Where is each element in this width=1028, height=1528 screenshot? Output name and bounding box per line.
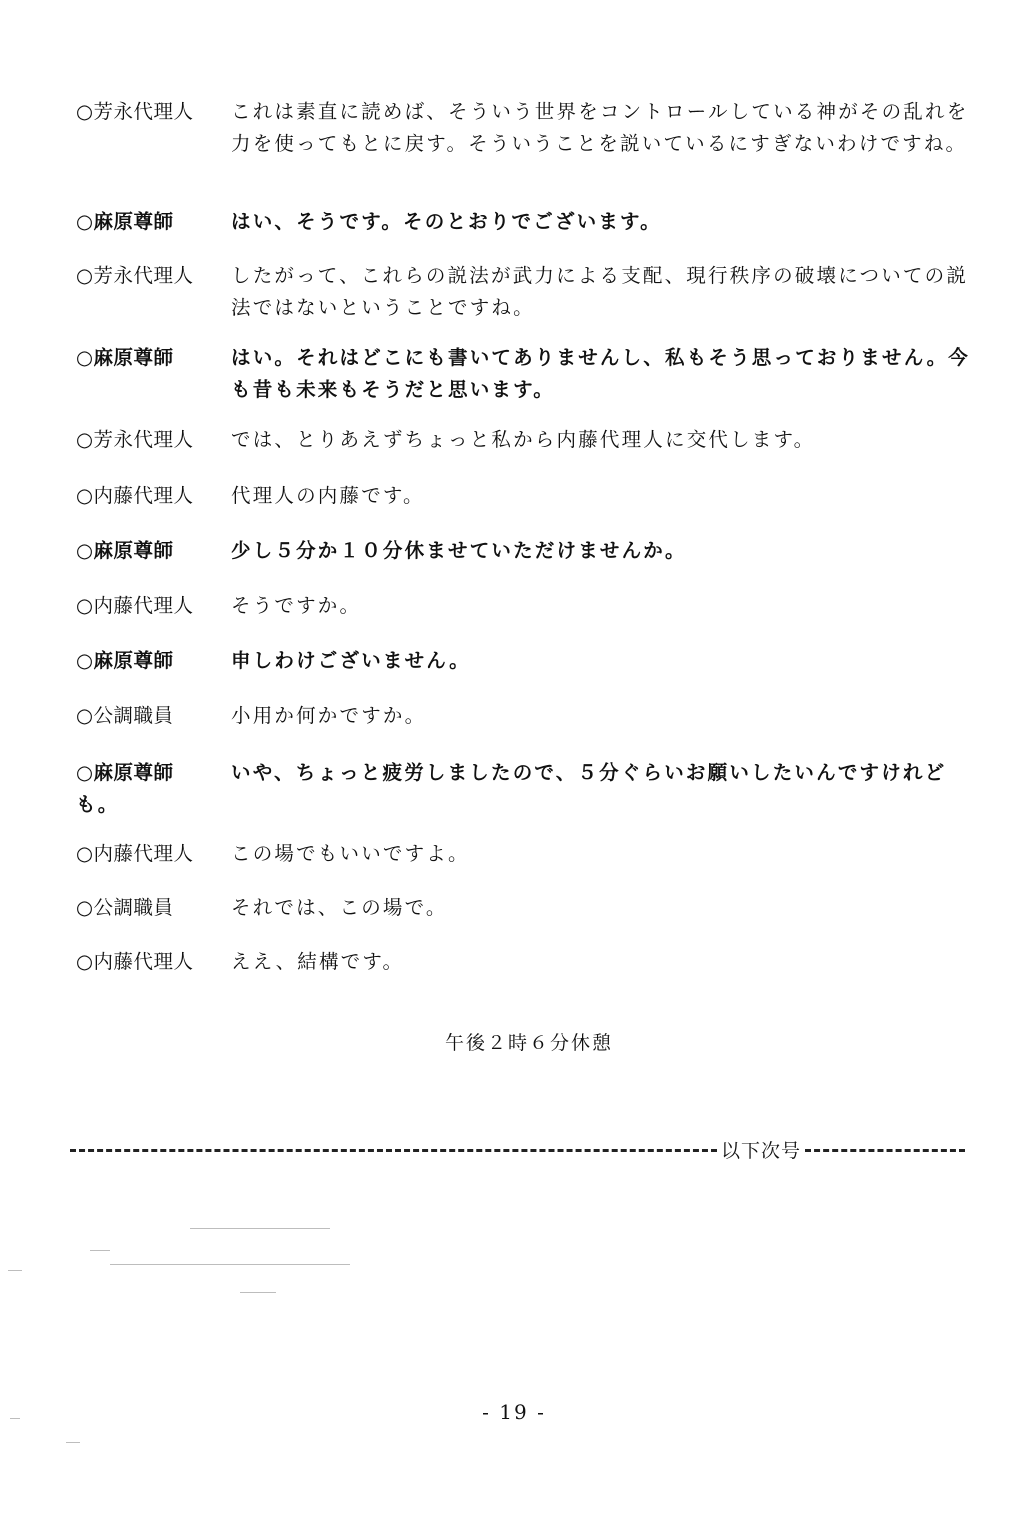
speech-text: 代理人の内藤です。 [231,480,986,512]
scan-artifact [110,1264,350,1265]
speech-text: いや、ちょっと疲労しましたので、５分ぐらいお願いしたいんですけれども。 [76,757,986,821]
scan-artifact [10,1418,20,1419]
speech-text: これは素直に読めば、そういう世界をコントロールしている神がその乱れを力を使っても… [231,96,986,160]
speaker-label: ○麻原尊師 [76,645,174,677]
speaker-label: ○公調職員 [76,892,174,924]
speech-text: 小用か何かですか。 [231,700,986,732]
speaker-label: ○麻原尊師 [76,342,174,374]
speech-text: そうですか。 [231,590,986,622]
continued-label: 以下次号 [717,1136,805,1163]
scan-artifact [190,1228,330,1229]
speech-text: 申しわけございません。 [231,645,986,677]
speaker-label: ○内藤代理人 [76,480,194,512]
speaker-label: ○麻原尊師 [76,535,174,567]
scan-artifact [66,1442,80,1443]
speech-text: それでは、この場で。 [231,892,986,924]
document-page: ○芳永代理人 これは素直に読めば、そういう世界をコントロールしている神がその乱れ… [0,0,1028,1528]
dashed-rule-left [70,1149,717,1152]
speech-text: ええ、結構です。 [231,946,986,978]
recess-note: 午後２時６分休憩 [0,1028,1028,1055]
speaker-label: ○麻原尊師 [76,206,174,238]
speech-text: では、とりあえずちょっと私から内藤代理人に交代します。 [231,424,986,456]
speaker-label: ○内藤代理人 [76,590,194,622]
speech-text: 少し５分か１０分休ませていただけませんか。 [231,535,986,567]
speaker-label: ○芳永代理人 [76,96,194,128]
speech-text: したがって、これらの説法が武力による支配、現行秩序の破壊についての説法ではないと… [231,260,986,324]
speech-text: この場でもいいですよ。 [231,838,986,870]
speaker-label: ○芳永代理人 [76,260,194,292]
continued-divider: 以下次号 [70,1136,965,1163]
page-number: - 19 - [0,1400,1028,1424]
speaker-label: ○内藤代理人 [76,838,194,870]
speaker-label: ○芳永代理人 [76,424,194,456]
speaker-label: ○公調職員 [76,700,174,732]
speaker-label: ○内藤代理人 [76,946,194,978]
speech-text: はい。それはどこにも書いてありませんし、私もそう思っておりません。今も昔も未来も… [231,342,986,406]
scan-artifact [240,1292,276,1293]
scan-artifact [8,1270,22,1271]
dashed-rule-right [805,1149,965,1152]
scan-artifact [90,1250,110,1251]
speech-text: はい、そうです。そのとおりでございます。 [231,206,986,238]
